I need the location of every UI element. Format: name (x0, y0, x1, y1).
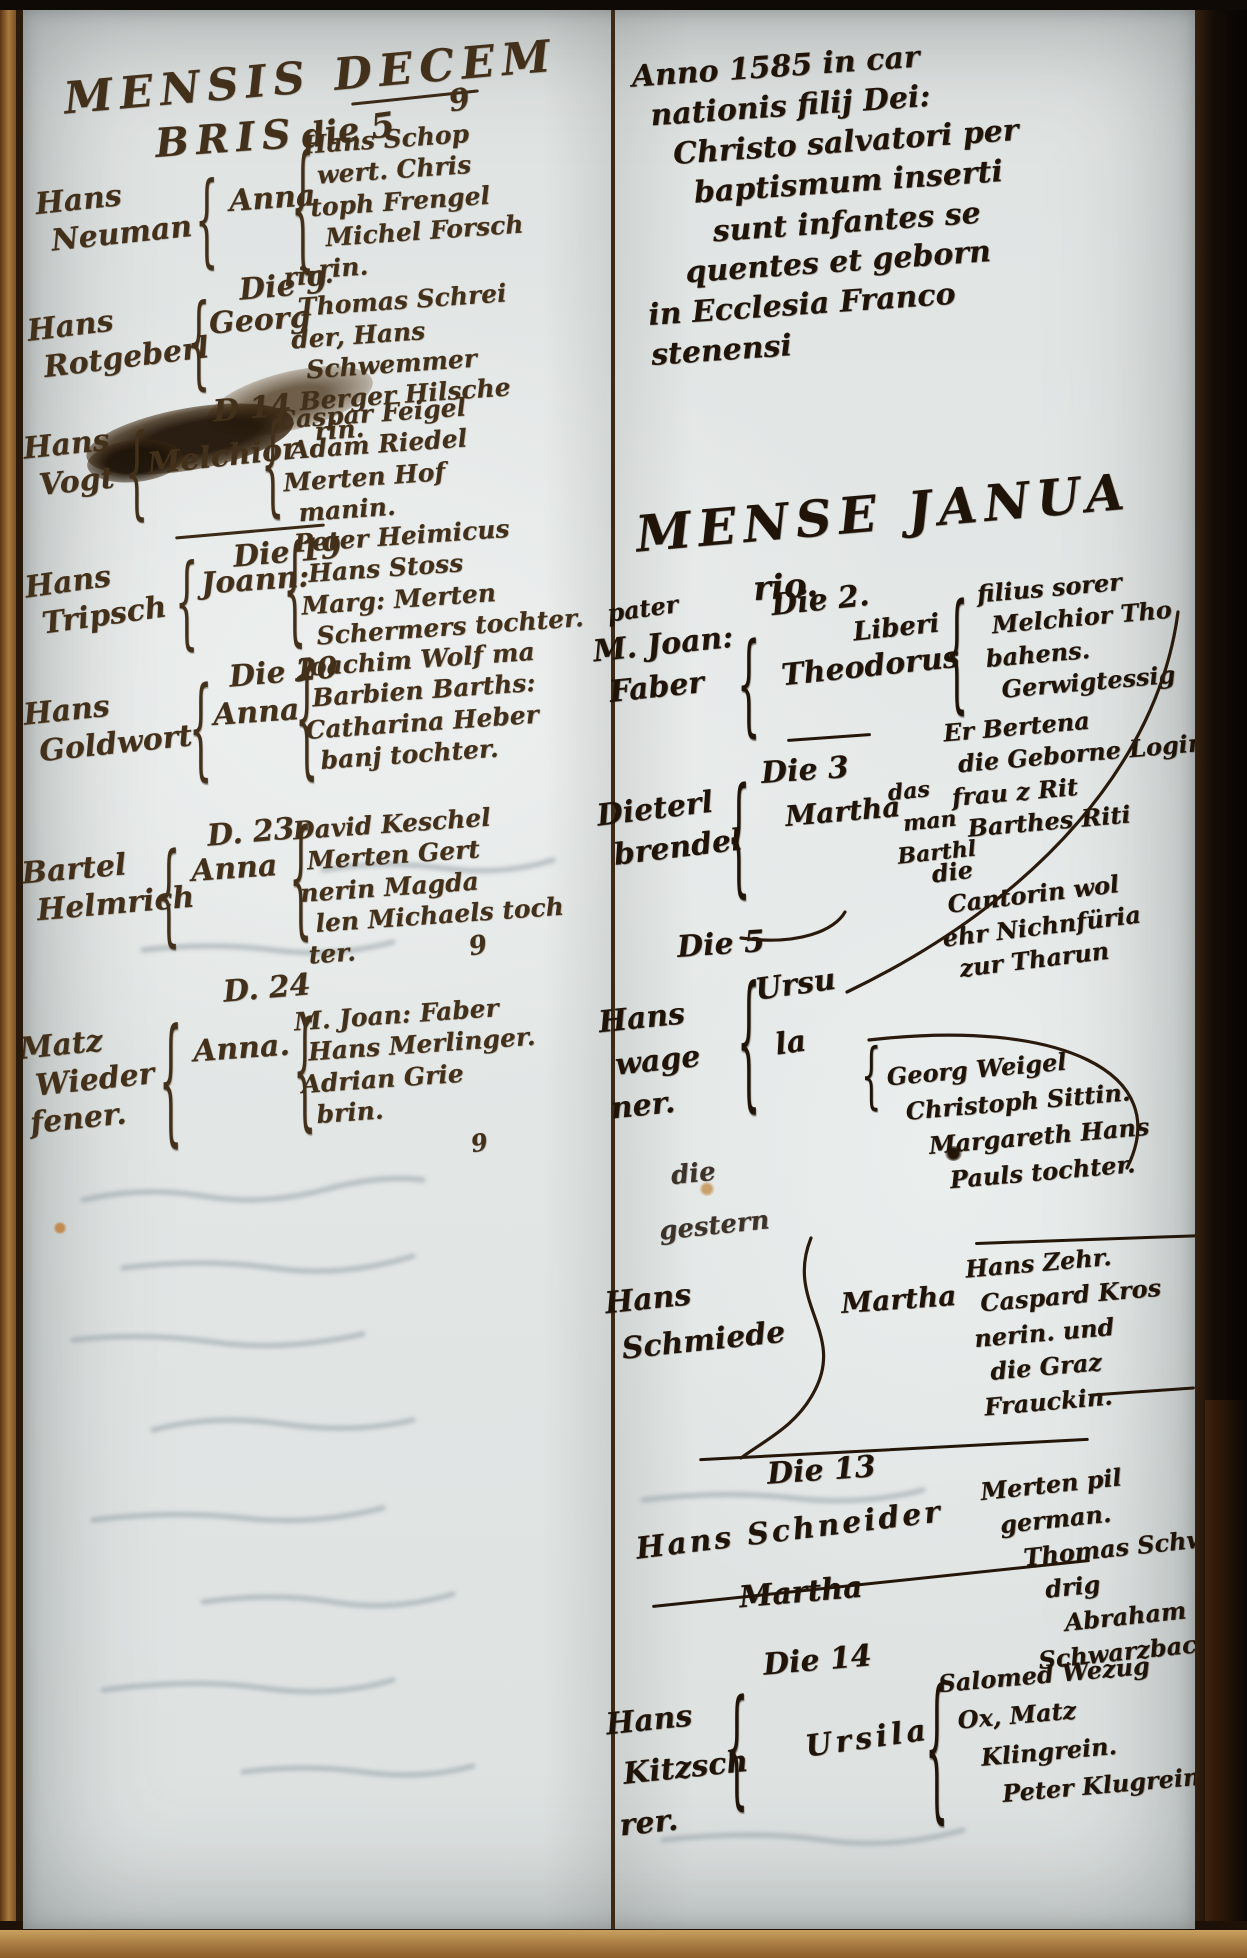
brace-left: { (125, 420, 148, 521)
brace-left: { (727, 770, 750, 899)
rust-stain (53, 1222, 67, 1234)
brace-left: { (195, 168, 218, 269)
entry-witnesses: Er Bertenadie Geborne Loginfrau z RitBar… (942, 695, 1195, 847)
entry-father: Hanswagener. (596, 991, 706, 1131)
entry-witnesses: Salomed WezugOx, MatzKlingrein.Peter Klu… (937, 1643, 1195, 1818)
brace-left: { (725, 1682, 748, 1811)
december-heading-line2: BRIS (153, 109, 299, 169)
entry-child: Anna (212, 691, 301, 734)
entry-witnesses: Hans Zehr.Caspard Krosnerin. unddie Graz… (964, 1236, 1172, 1426)
entry-date: die (669, 1156, 717, 1193)
entry-witnesses: David KeschelMerten Gertnerin Magdalen M… (292, 797, 567, 971)
entry-child: Anna (190, 847, 279, 890)
entry-witnesses: filius sorerMelchior Thobahens.Gerwigtes… (976, 562, 1179, 708)
entry-child: Ursula (751, 951, 847, 1075)
page-block-edge (0, 1930, 1247, 1958)
entry-witnesses: Peter HeimicusHans StossMarg: MertenSche… (293, 508, 585, 652)
manuscript-paper: MENSIS DECEM BRIS die 5 9 HansNeuman { A… (23, 10, 1195, 1929)
column-divider-rule (611, 10, 615, 1929)
entry-father: HansNeuman (34, 170, 194, 261)
separator-stroke (699, 1438, 1089, 1461)
brace-left: { (175, 550, 198, 651)
brace-left: { (157, 838, 180, 948)
entry-father: HansGoldwort (23, 680, 194, 772)
latin-intro: Anno 1585 in carnationis filij Dei:Chris… (630, 31, 1033, 376)
brace-left: { (861, 1040, 881, 1112)
entry-father: HansTripsch (23, 551, 169, 644)
binding-seam (16, 0, 23, 1958)
entry-date: Die 3 (760, 749, 850, 793)
entry-father: MatzWiederfener. (23, 1017, 160, 1143)
january-heading-line1: MENSE JANUA (633, 460, 1133, 566)
entry-child: Martha (784, 789, 902, 834)
entry-date: Die 14 (762, 1637, 874, 1684)
entry-father: HansSchmiede (603, 1263, 788, 1374)
entry-father: HansRotgeberl (25, 291, 211, 387)
entry-child: Anna. (192, 1027, 291, 1071)
brace-left: { (159, 1010, 182, 1148)
handwritten-line: wage (613, 1035, 702, 1087)
december-heading-line1: MENSIS DECEM (62, 29, 560, 127)
entry-witnesses: Caspar FeigelAdam RiedelMerten Hofmanin. (275, 392, 474, 530)
entry-witnesses: Joachim Wolf maBarbien Barths:Catharina … (297, 636, 542, 777)
entry-witnesses: Georg WeigelChristoph Sittin.Margareth H… (885, 1037, 1154, 1203)
book-right-edge-lower (1205, 1400, 1247, 1958)
manuscript-photo: MENSIS DECEM BRIS die 5 9 HansNeuman { A… (0, 0, 1247, 1958)
entry-child: Martha (840, 1278, 957, 1321)
entry-child: Theodorus (780, 639, 962, 695)
handwritten-line: la (771, 1007, 847, 1073)
brace-left: { (945, 586, 968, 715)
brace-left: { (189, 672, 212, 782)
book-top-edge (0, 0, 1247, 10)
entry-witnesses: M. Joan: FaberHans Merlinger.Adrian Grie… (293, 990, 541, 1131)
book-binding-edge (0, 0, 16, 1958)
brace-left: { (737, 628, 760, 738)
entry-child: Ursila (803, 1711, 932, 1766)
entry-father: Dieterlbrendel (595, 780, 745, 878)
handwritten-line: Ursu (751, 951, 839, 1019)
entry-date: Die 13 (766, 1448, 877, 1493)
entry-witnesses: dieCantorin wolehr Nichnfüriazur Tharun (930, 834, 1147, 987)
entry-father: M. Joan:Faber (591, 617, 740, 715)
handwritten-line: Vogt (37, 459, 116, 504)
separator-stroke (787, 733, 871, 742)
entry-father: HansVogt (23, 422, 116, 506)
flourish-mark: 9 (469, 1127, 491, 1159)
entry-child: Martha (738, 1569, 864, 1617)
